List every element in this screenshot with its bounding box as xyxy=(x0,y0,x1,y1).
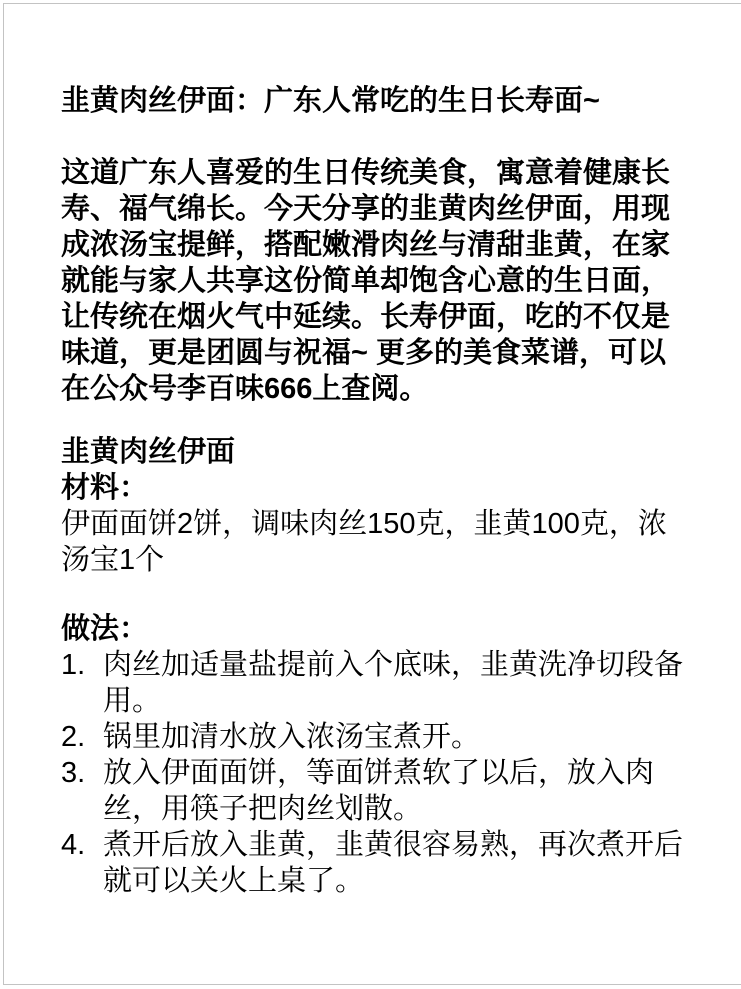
step-number: 4. xyxy=(61,827,103,863)
step-number: 1. xyxy=(61,647,103,683)
step-row-2: 2. 锅里加清水放入浓汤宝煮开。 xyxy=(61,719,686,755)
document-page: 韭黄肉丝伊面：广东人常吃的生日长寿面~ 这道广东人喜爱的生日传统美食，寓意着健康… xyxy=(3,3,741,985)
page-title: 韭黄肉丝伊面：广东人常吃的生日长寿面~ xyxy=(61,83,686,119)
ingredients-text: 伊面面饼2饼，调味肉丝150克，韭黄100克，浓汤宝1个 xyxy=(61,506,686,578)
step-number: 3. xyxy=(61,755,103,791)
recipe-name-heading: 韭黄肉丝伊面 xyxy=(61,434,686,470)
step-text: 放入伊面面饼，等面饼煮软了以后，放入肉丝，用筷子把肉丝划散。 xyxy=(103,755,686,827)
step-text: 锅里加清水放入浓汤宝煮开。 xyxy=(103,719,686,755)
document-content: 韭黄肉丝伊面：广东人常吃的生日长寿面~ 这道广东人喜爱的生日传统美食，寓意着健康… xyxy=(4,4,741,899)
step-row-4: 4. 煮开后放入韭黄，韭黄很容易熟，再次煮开后就可以关火上桌了。 xyxy=(61,827,686,899)
step-row-3: 3. 放入伊面面饼，等面饼煮软了以后，放入肉丝，用筷子把肉丝划散。 xyxy=(61,755,686,827)
steps-label: 做法： xyxy=(61,611,686,647)
intro-paragraph: 这道广东人喜爱的生日传统美食，寓意着健康长寿、福气绵长。今天分享的韭黄肉丝伊面，… xyxy=(61,155,686,407)
step-row-1: 1. 肉丝加适量盐提前入个底味，韭黄洗净切段备用。 xyxy=(61,647,686,719)
step-number: 2. xyxy=(61,719,103,755)
steps-list: 1. 肉丝加适量盐提前入个底味，韭黄洗净切段备用。 2. 锅里加清水放入浓汤宝煮… xyxy=(61,647,686,899)
ingredients-label: 材料： xyxy=(61,470,686,506)
step-text: 煮开后放入韭黄，韭黄很容易熟，再次煮开后就可以关火上桌了。 xyxy=(103,827,686,899)
step-text: 肉丝加适量盐提前入个底味，韭黄洗净切段备用。 xyxy=(103,647,686,719)
